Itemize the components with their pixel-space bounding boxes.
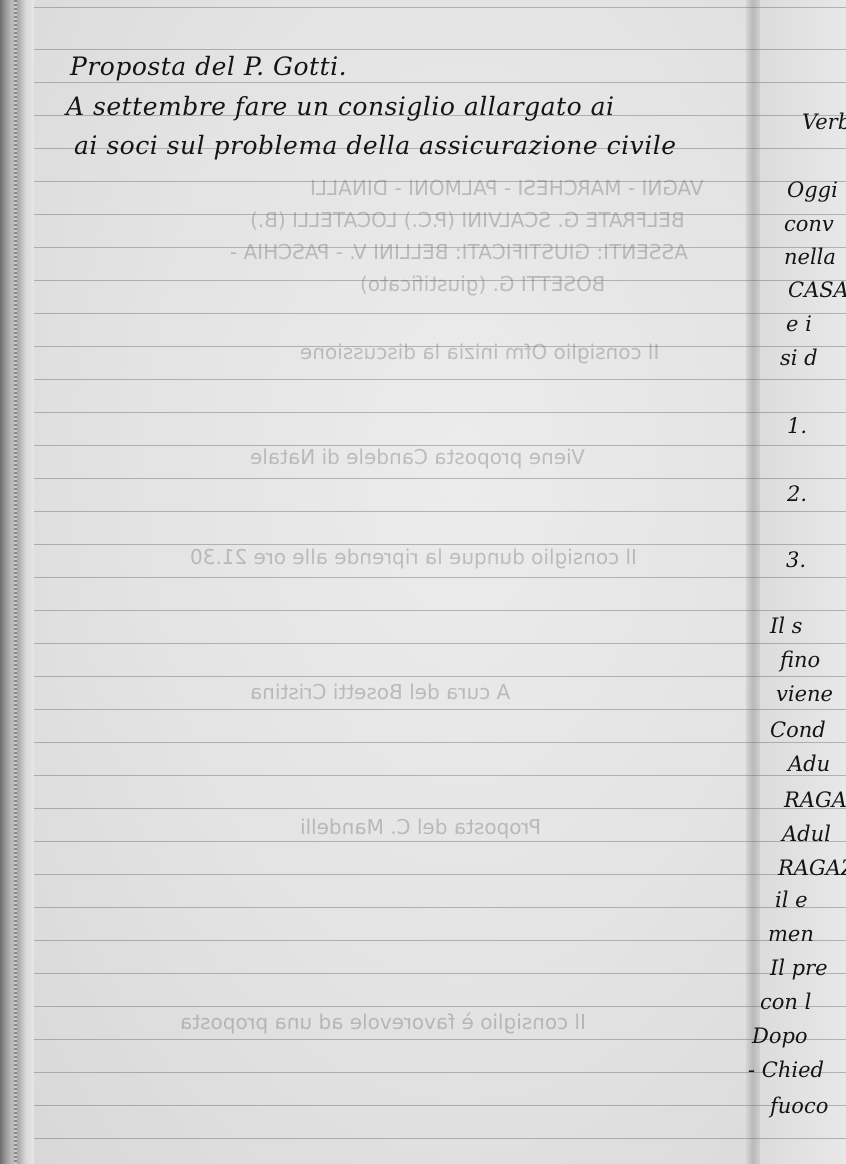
right-page-word: men [768,922,814,946]
right-page-word: si d [780,346,818,370]
right-page-word: Cond [770,718,826,742]
right-page-word: conv [784,212,834,236]
right-page-word: Adul [782,822,831,846]
right-page-word: Il s [770,614,802,638]
right-page-word: CASA [788,278,846,302]
bleed-through-text: VAGNI - MARCHESI - PALMONI - DINALLI [310,176,704,200]
right-page-word: il e [775,888,808,912]
right-page-word: Dopo [752,1024,808,1048]
right-page-word: viene [776,682,833,706]
handwritten-line: ai soci sul problema della assicurazione… [74,131,677,160]
handwritten-line: A settembre fare un consiglio allargato … [66,92,615,121]
right-page-word: RAGAZ [778,856,846,880]
page-gutter [746,0,760,1164]
bleed-through-text: Il consiglio è favorevole ad una propost… [180,1010,586,1034]
right-page-word: fuoco [770,1094,828,1118]
right-page-word: nella [784,245,836,269]
right-page-word: fino [780,648,820,672]
right-page-word: 1. [787,414,807,438]
right-page-word: RAGA [784,788,846,812]
bleed-through-text: Il consiglio dunque la riprende alle ore… [190,545,637,569]
right-page-word: Verb [802,110,846,134]
bleed-through-text: BOSETTI G. (giustificato) [360,272,605,296]
bleed-through-text: Proposta del C. Mandelli [300,815,541,839]
right-page-word: con l [760,990,811,1014]
right-page-word: - Chied [748,1058,824,1082]
right-page-word: Adu [788,752,830,776]
right-page-word: 2. [787,482,807,506]
notebook-spread: VAGNI - MARCHESI - PALMONI - DINALLI BEL… [0,0,846,1164]
left-page [34,0,746,1164]
heading-proposal: Proposta del P. Gotti. [70,52,347,81]
bleed-through-text: BELFRATE G. SCALVINI (P.C.) LOCATELLI (B… [250,208,685,232]
bleed-through-text: A cura del Bosetti Cristina [250,680,510,704]
bleed-through-text: Viene proposta Candele di Natale [250,445,585,469]
bleed-through-text: Il consiglio Ofm inizia la discussione [300,340,659,364]
notebook-binding [0,0,34,1164]
right-page-word: Il pre [770,956,828,980]
right-page-word: Oggi [787,178,838,202]
bleed-through-text: ASSENTI: GIUSTIFICATI: BELLINI V. - PASC… [230,240,688,264]
right-page-word: 3. [786,548,806,572]
right-page-word: e i [786,312,812,336]
